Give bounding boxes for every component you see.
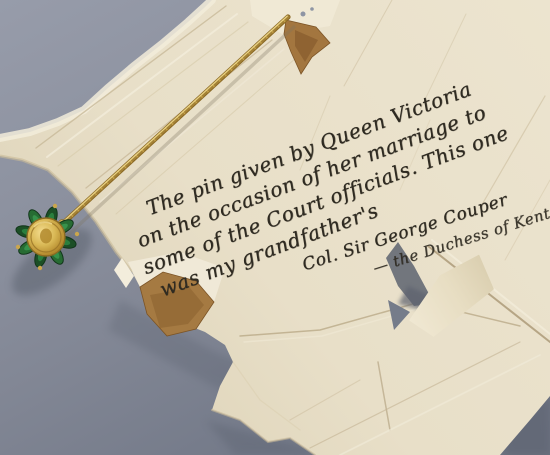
gold-tip xyxy=(75,232,79,236)
effigy xyxy=(40,229,52,244)
gap-speck xyxy=(310,7,314,11)
gap-speck xyxy=(301,12,306,17)
gold-tip xyxy=(16,245,20,249)
photo-antique-stickpin-with-note: The pin given by Queen Victoria on the o… xyxy=(0,0,550,455)
gold-tip xyxy=(53,204,57,208)
gold-medallion xyxy=(27,218,65,256)
gold-tip xyxy=(38,266,42,270)
